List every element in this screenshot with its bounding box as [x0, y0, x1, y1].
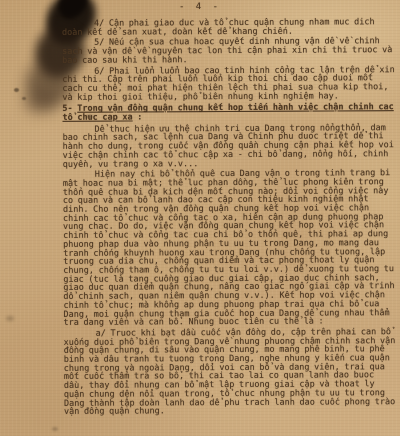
ink-speck [52, 427, 58, 431]
paragraph-item-5: 5/ Nếu cận sua chua hoac quyết dinh nhun… [62, 38, 396, 66]
ink-speck [6, 316, 14, 321]
ink-speck [22, 97, 26, 100]
page-number: - 4 - [0, 2, 400, 12]
section-title: Trong vận đồng quận chung kết hop tiến h… [62, 102, 393, 122]
scanned-document-page: - 4 - 4/ Cận phai giao duc và tổ chuc qu… [0, 0, 400, 436]
section-heading: 5- Trong vận đồng quận chung kết hop tiế… [62, 103, 396, 122]
paragraph-step-a: a/ Truoc khi bạt dầu cuốc vận đồng do, c… [64, 328, 398, 417]
paragraph-item-4: 4/ Cận phai giao duc và tổ chuc quận chu… [62, 18, 396, 37]
paragraph-situation: Hiện nay chi bổ thổn quê cua Dang vận o … [63, 169, 398, 327]
section-colon: : [133, 112, 143, 122]
ink-smudge-blob [24, 92, 54, 114]
paragraph-item-6: 6/ Phai luổn luổn bao cao tinh hinh cổng… [62, 66, 396, 103]
document-text: 4/ Cận phai giao duc và tổ chuc quận chu… [62, 18, 398, 419]
ink-speck [14, 88, 19, 92]
paragraph-intro: Dể thuc hiện ưu thệ chinh tri cua Dang t… [63, 124, 397, 169]
